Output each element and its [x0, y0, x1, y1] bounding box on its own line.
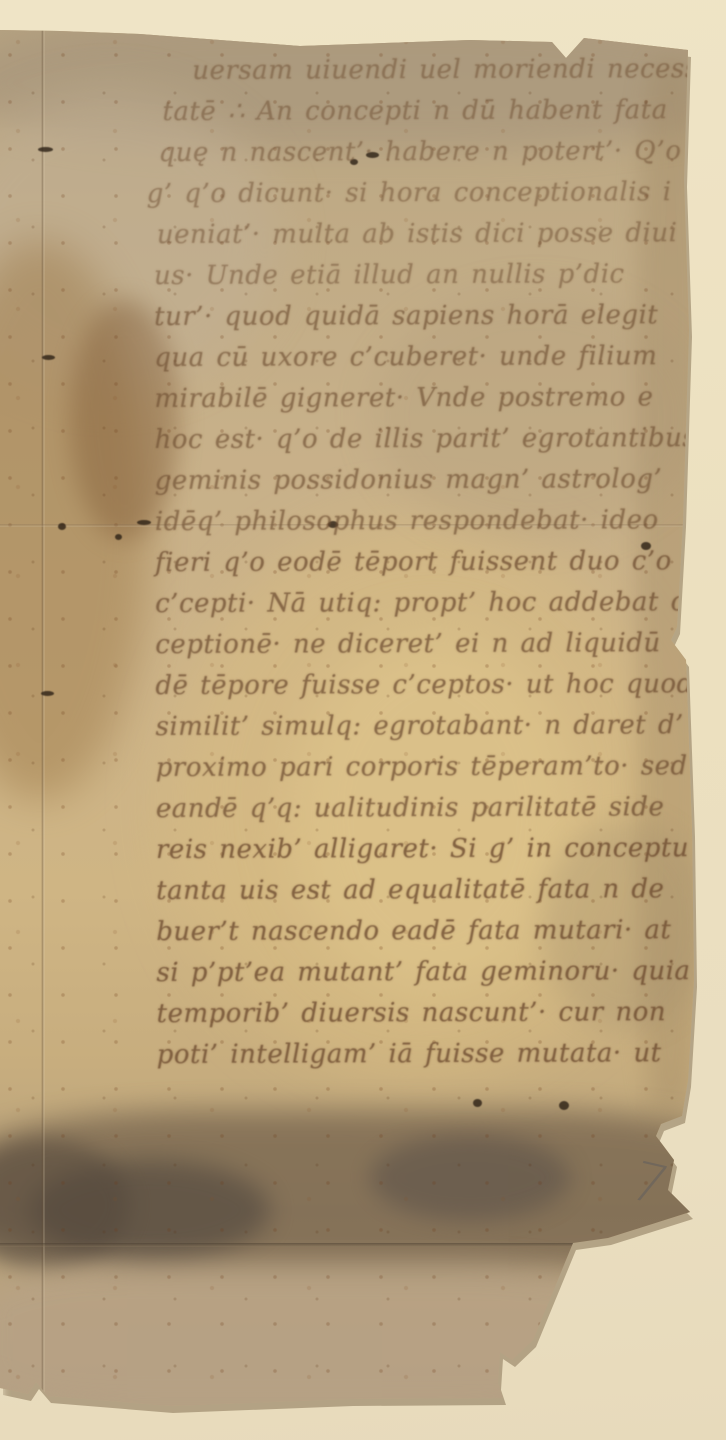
- manuscript-line: c’cepti· Nā utiq: propt’ hoc addebat c’: [155, 582, 723, 625]
- sewing-hole: [559, 1101, 569, 1110]
- manuscript-line: similit’ simulq: egrotabant· n daret d’: [156, 705, 724, 748]
- manuscript-line: fieri q’o eodē tēport fuissent duo c’o: [155, 541, 723, 584]
- manuscript-line: proximo pari corporis tēperam’to· sed: [156, 746, 724, 789]
- manuscript-line: ceptionē· ne diceret’ ei n ad liquidū: [155, 623, 723, 666]
- manuscript-line: eandē q’q: ualitudinis parilitatē side: [156, 787, 724, 830]
- manuscript-line: si p’pt’ea mutant’ fata geminoru· quia: [156, 951, 724, 994]
- sewing-hole: [58, 523, 66, 530]
- manuscript-line: tanta uis est ad equalitatē fata n de: [156, 869, 724, 912]
- parchment-leaf: uersam uiuendi uel moriendi necessi tatē…: [0, 0, 726, 1440]
- sewing-hole: [115, 534, 122, 540]
- manuscript-line: us· Unde etiā illud an nullis p’dic: [154, 254, 722, 297]
- sewing-hole: [473, 1099, 482, 1107]
- sewing-hole: [38, 147, 53, 152]
- manuscript-line: poti’ intelligam’ iā fuisse mutata· ut: [157, 1033, 725, 1076]
- manuscript-line: ueniat’· multa ab istis dici posse diui: [157, 213, 722, 256]
- manuscript-line: uersam uiuendi uel moriendi necessi: [192, 49, 721, 92]
- manuscript-line: idēq’ philosophus respondebat· ideo: [155, 500, 723, 543]
- manuscript-line: g’ q’o dicunt· si hora conceptionalis i: [147, 172, 722, 215]
- fold-crease-vertical: [41, 30, 45, 1406]
- manuscript-line: hoc est· q’o de illis parit’ egrotantibu…: [155, 418, 723, 461]
- manuscript-line: tur’· quod quidā sapiens horā elegit: [154, 295, 722, 338]
- manuscript-line: mirabilē gigneret· Vnde postremo e: [154, 377, 722, 420]
- latin-text-block: uersam uiuendi uel moriendi necessi tatē…: [146, 49, 725, 1076]
- manuscript-photo: uersam uiuendi uel moriendi necessi tatē…: [0, 0, 726, 1440]
- manuscript-line: buer’t nascendo eadē fata mutari· at: [156, 910, 724, 953]
- manuscript-line: qua cū uxore c’cuberet· unde filium: [154, 336, 722, 379]
- sewing-hole: [42, 355, 55, 360]
- manuscript-line: dē tēpore fuisse c’ceptos· ut hoc quod: [155, 664, 723, 707]
- manuscript-line: reis nexib’ alligaret· Si g’ in conceptu: [156, 828, 724, 871]
- manuscript-line: tatē ∴ An concepti n dū habent fata: [162, 90, 721, 133]
- sewing-hole: [41, 691, 54, 696]
- manuscript-line: geminis possidonius magn’ astrolog’: [155, 459, 723, 502]
- manuscript-line: quę n nascent’· habere n potert’· Q’o: [158, 131, 721, 174]
- manuscript-line: temporib’ diuersis nascunt’· cur non: [157, 992, 725, 1035]
